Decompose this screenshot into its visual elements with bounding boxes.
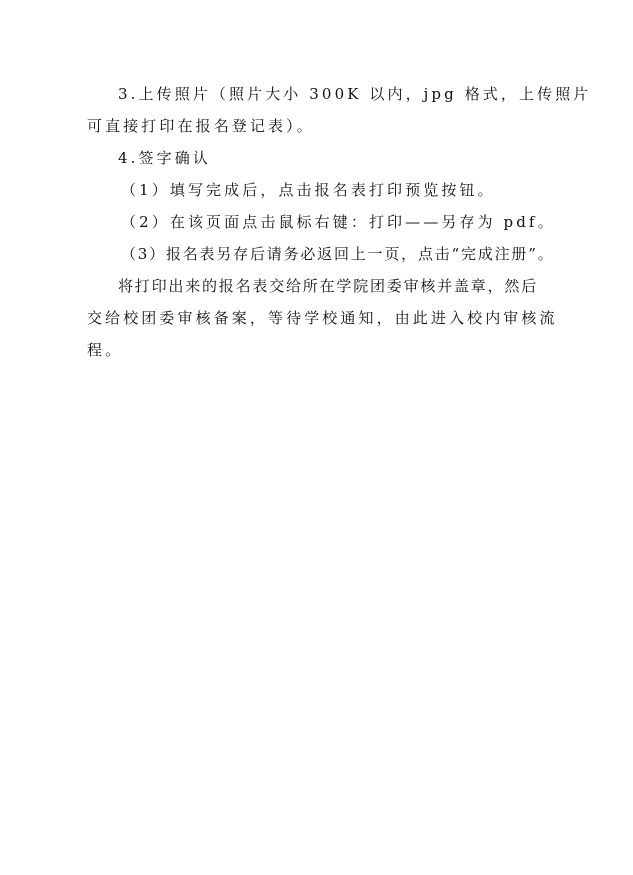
step3-line-2: 可直接打印在报名登记表）。	[87, 110, 542, 142]
final-line-1: 将打印出来的报名表交给所在学院团委审核并盖章，然后	[87, 270, 542, 302]
step4-heading: 4.签字确认	[87, 142, 542, 174]
final-line-2: 交给校团委审核备案，等待学校通知，由此进入校内审核流	[87, 302, 542, 334]
step4-3-text: （3）报名表另存后请务必返回上一页，点击“完成注册”。	[87, 238, 542, 270]
document-page: 3.上传照片（照片大小 300K 以内，jpg 格式，上传照片 可直接打印在报名…	[87, 78, 542, 366]
step4-2-text: （2）在该页面点击鼠标右键：打印——另存为 pdf。	[87, 206, 542, 238]
step4-1-text: （1）填写完成后，点击报名表打印预览按钮。	[87, 174, 542, 206]
final-line-3: 程。	[87, 334, 542, 366]
step3-line-1: 3.上传照片（照片大小 300K 以内，jpg 格式，上传照片	[87, 78, 542, 110]
